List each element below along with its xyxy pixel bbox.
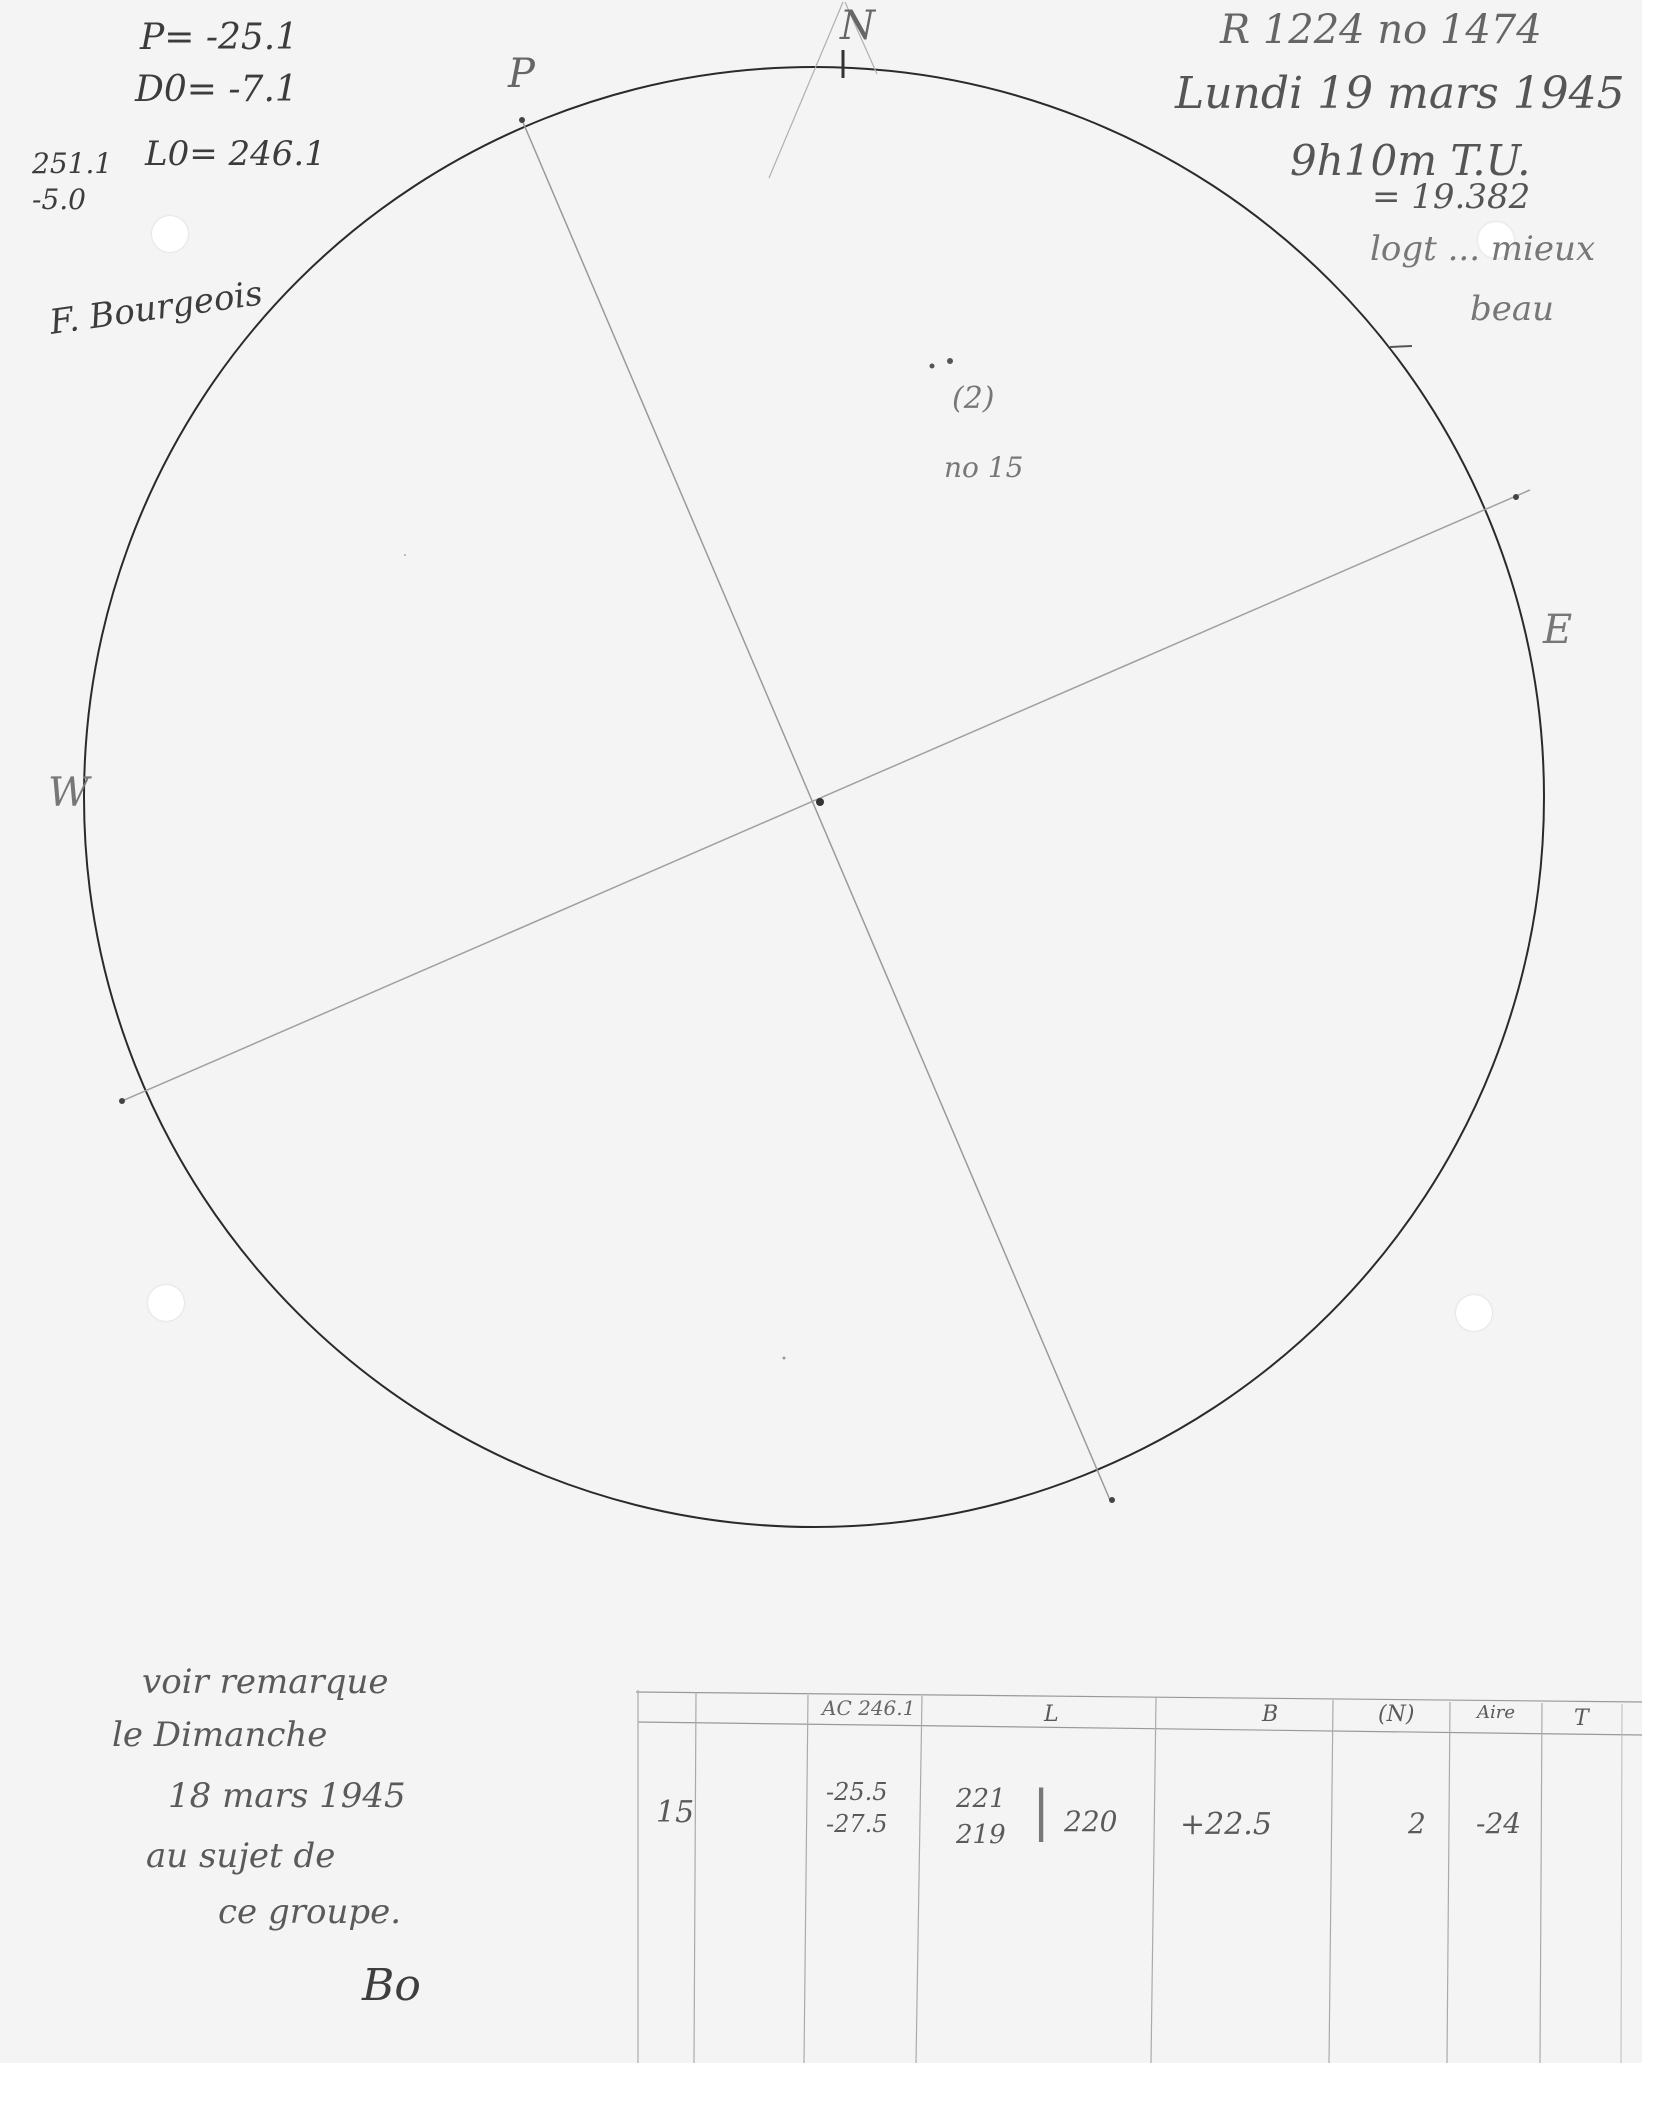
east-label: E [1543, 610, 1572, 650]
table-header-t: T [1574, 1708, 1589, 1730]
note-line-5: ce groupe. [218, 1892, 401, 1932]
west-label: W [48, 773, 89, 813]
note-line-4: au sujet de [146, 1836, 335, 1876]
north-label: N [840, 6, 875, 46]
sky-conditions: beau [1470, 292, 1554, 326]
measurement-table-grid [636, 1690, 1642, 2063]
observation-time: 9h10m T.U. [1290, 140, 1530, 182]
rotation-number: R 1224 no 1474 [1220, 10, 1542, 50]
table-header-n: (N) [1378, 1704, 1414, 1726]
l-value-1: 221 [956, 1786, 1006, 1812]
pole-endpoint-dot [519, 117, 525, 123]
seeing-conditions: logt ... mieux [1370, 232, 1595, 266]
table-header-b: B [1262, 1704, 1278, 1726]
limb-tick [1390, 346, 1412, 347]
b-value: +22.5 [1180, 1810, 1272, 1840]
note-signature: Bo [362, 1960, 421, 2011]
note-line-3: 18 mars 1945 [168, 1776, 406, 1816]
param-p: P= -25.1 [140, 20, 298, 56]
pencil-mark [783, 1357, 786, 1360]
table-header-l: L [1044, 1704, 1059, 1726]
l-bracket: | [1032, 1784, 1050, 1838]
ac-value-2: -27.5 [826, 1812, 888, 1836]
rotation-axis-line [522, 120, 1110, 1500]
observation-date: Lundi 19 mars 1945 [1175, 72, 1625, 116]
east-endpoint-dot [1513, 494, 1519, 500]
observation-time-decimal: = 19.382 [1372, 180, 1530, 214]
note-line-2: le Dimanche [112, 1715, 327, 1755]
north-guide-line-left [769, 2, 843, 178]
sunspot [947, 358, 953, 364]
side-value-1: 251.1 [32, 150, 112, 178]
aire-value: -24 [1476, 1810, 1521, 1838]
param-d0: D0= -7.1 [135, 72, 298, 108]
param-l0: L0= 246.1 [145, 137, 326, 171]
solar-disk-outline [84, 67, 1544, 1527]
l-value-2: 219 [956, 1822, 1006, 1848]
table-header-ac: AC 246.1 [822, 1698, 915, 1718]
spot-count-label: (2) [952, 384, 995, 414]
west-endpoint-dot [119, 1098, 125, 1104]
ac-value-1: -25.5 [826, 1780, 888, 1804]
disk-center-dot [816, 798, 824, 806]
pencil-mark [404, 554, 406, 556]
n-value: 2 [1408, 1810, 1426, 1838]
south-endpoint-dot [1109, 1497, 1115, 1503]
note-line-1: voir remarque [142, 1662, 389, 1702]
l-mean: 220 [1064, 1808, 1117, 1836]
group-number: 15 [656, 1798, 694, 1828]
table-header-aire: Aire [1477, 1704, 1515, 1722]
side-value-2: -5.0 [32, 186, 86, 214]
pole-label: P [508, 54, 535, 94]
equator-line [122, 490, 1530, 1101]
sunspot [930, 364, 935, 369]
spot-group-number-label: no 15 [944, 454, 1023, 482]
